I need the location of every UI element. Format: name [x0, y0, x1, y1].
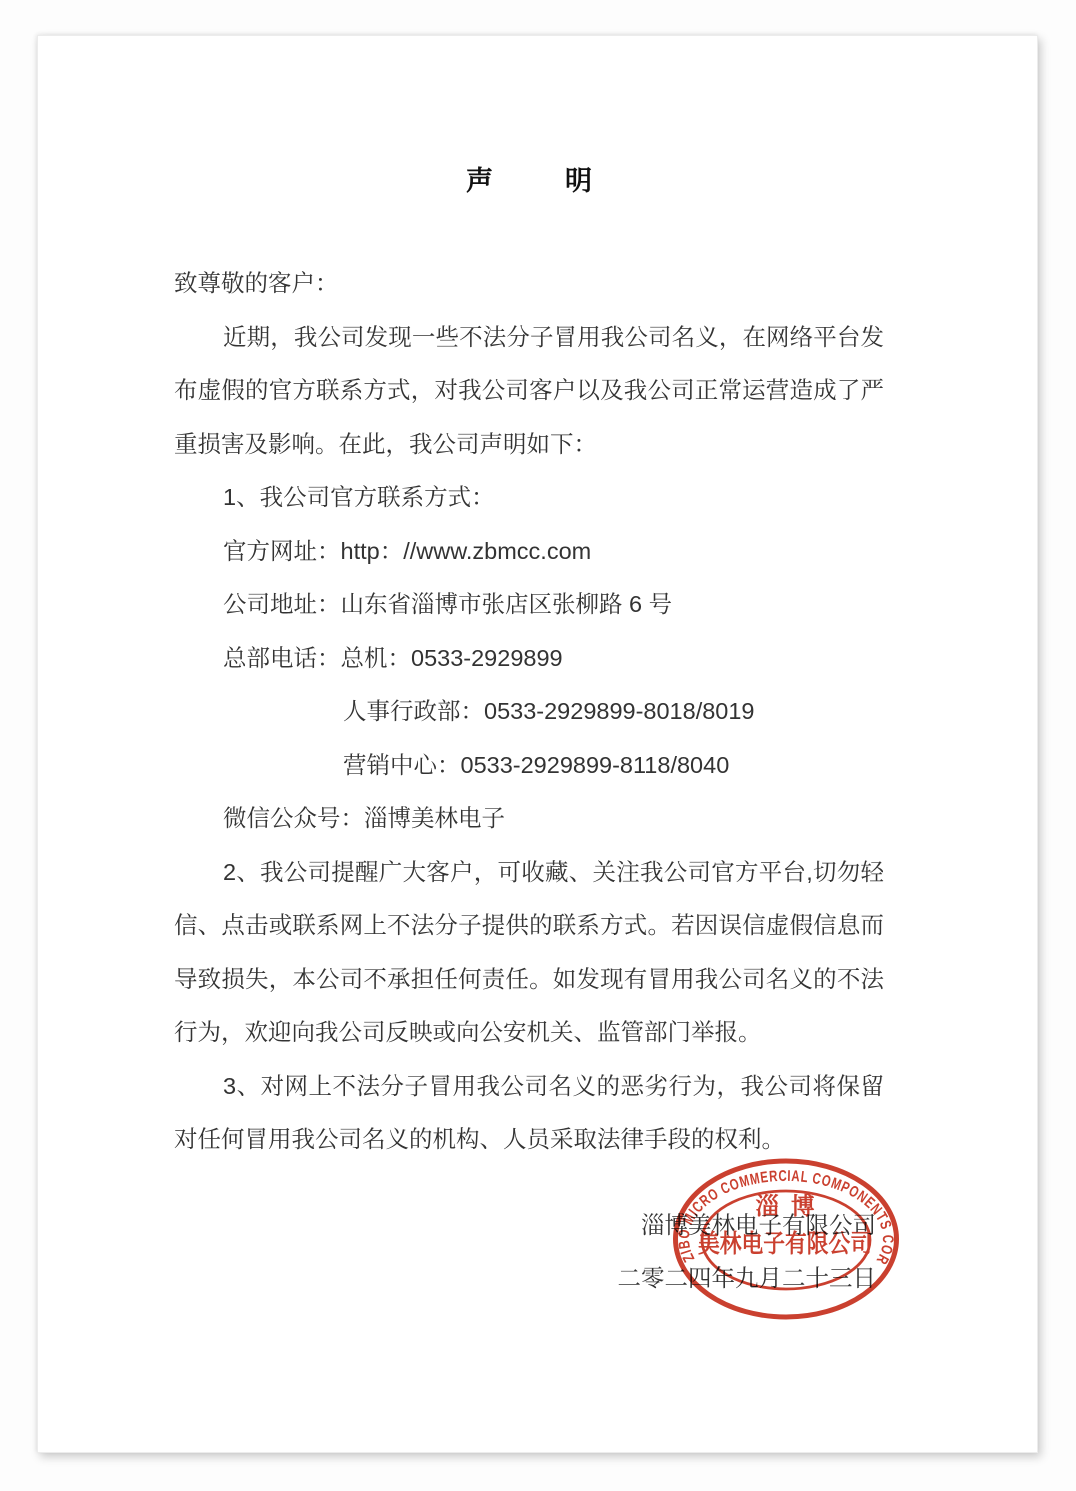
contact-phone-line: 总部电话：总机：0533-2929899: [223, 632, 884, 686]
intro-paragraph: 近期，我公司发现一些不法分子冒用我公司名义，在网络平台发布虚假的官方联系方式，对…: [174, 311, 884, 472]
signature-block: 淄博美林电子有限公司 二零二四年九月二十三日: [174, 1199, 884, 1306]
document-body: 声明 致尊敬的客户： 近期，我公司发现一些不法分子冒用我公司名义，在网络平台发布…: [174, 36, 884, 1306]
signature-company: 淄博美林电子有限公司: [174, 1199, 876, 1253]
signature-date: 二零二四年九月二十三日: [174, 1252, 876, 1306]
screenshot-canvas: 声明 致尊敬的客户： 近期，我公司发现一些不法分子冒用我公司名义，在网络平台发布…: [0, 0, 1076, 1491]
greeting-line: 致尊敬的客户：: [174, 257, 884, 311]
document-page: 声明 致尊敬的客户： 近期，我公司发现一些不法分子冒用我公司名义，在网络平台发布…: [37, 35, 1038, 1453]
contact-website-line: 官方网址：http：//www.zbmcc.com: [223, 525, 884, 579]
contact-wechat-line: 微信公众号：淄博美林电子: [223, 792, 884, 846]
contact-hr-line: 人事行政部：0533-2929899-8018/8019: [343, 685, 884, 739]
contact-marketing-line: 营销中心：0533-2929899-8118/8040: [343, 739, 884, 793]
section1-heading: 1、我公司官方联系方式：: [223, 471, 884, 525]
contact-address-line: 公司地址：山东省淄博市张店区张柳路 6 号: [223, 578, 884, 632]
document-title: 声明: [174, 156, 884, 206]
paragraph-2: 2、我公司提醒广大客户，可收藏、关注我公司官方平台,切勿轻信、点击或联系网上不法…: [174, 846, 884, 1060]
paragraph-3: 3、对网上不法分子冒用我公司名义的恶劣行为，我公司将保留对任何冒用我公司名义的机…: [174, 1060, 884, 1167]
